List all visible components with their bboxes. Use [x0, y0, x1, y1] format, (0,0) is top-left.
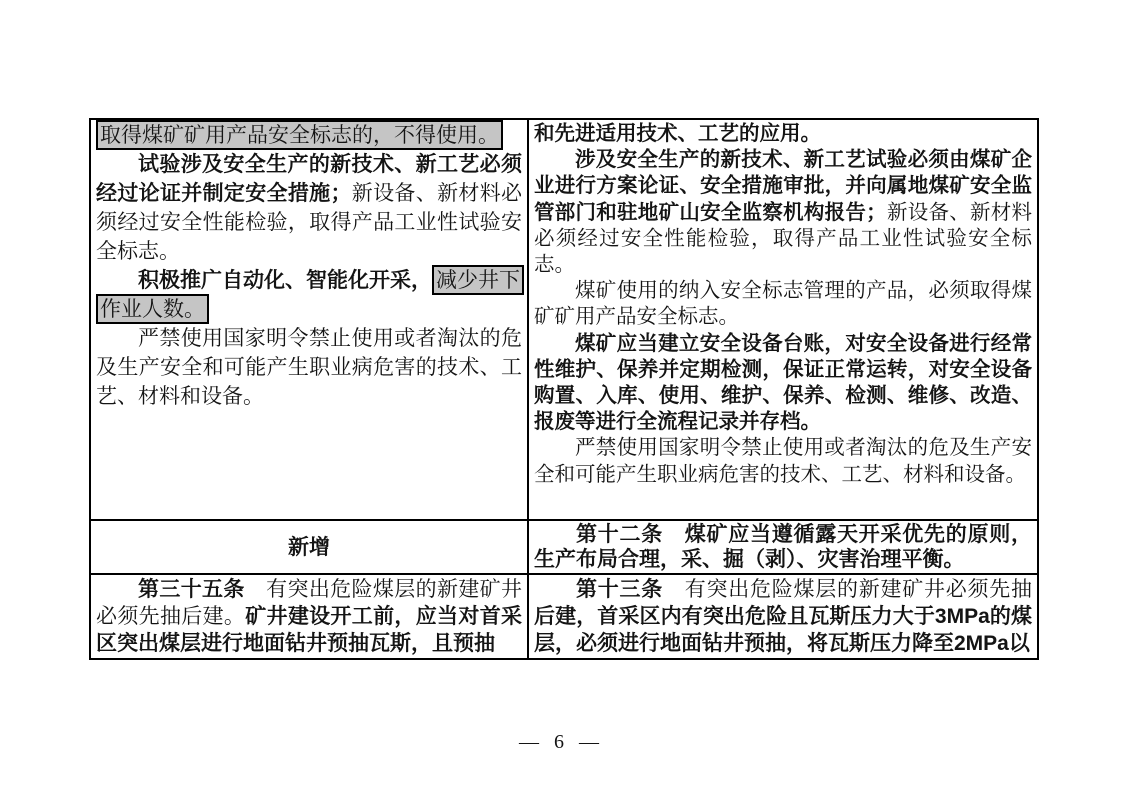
text-run: 和先进适用技术、工艺的应用。 [534, 122, 821, 145]
text-run: 第十二条 煤矿应当遵循露天开采优先的原则，生产布局合理，采、掘（剥）、灾害治理平… [534, 523, 1032, 571]
table-row: 新增 第十二条 煤矿应当遵循露天开采优先的原则，生产布局合理，采、掘（剥）、灾害… [90, 520, 1038, 574]
table-row: 第三十五条 有突出危险煤层的新建矿井必须先抽后建。矿井建设开工前，应当对首采区突… [90, 574, 1038, 659]
new-version-cell: 和先进适用技术、工艺的应用。涉及安全生产的新技术、新工艺试验必须由煤矿企业进行方… [528, 119, 1038, 520]
paragraph: 第十二条 煤矿应当遵循露天开采优先的原则，生产布局合理，采、掘（剥）、灾害治理平… [534, 522, 1032, 572]
paragraph: 新增 [96, 535, 522, 560]
text-run: 新增 [288, 536, 330, 559]
text-run: 煤矿使用的纳入安全标志管理的产品，必须取得煤矿矿用产品安全标志。 [534, 280, 1032, 328]
regulation-comparison-table: 取得煤矿矿用产品安全标志的，不得使用。试验涉及安全生产的新技术、新工艺必须经过论… [89, 118, 1039, 660]
text-run: 第十三条 [576, 578, 663, 601]
paragraph: 取得煤矿矿用产品安全标志的，不得使用。 [96, 121, 522, 150]
page-number: — 6 — [0, 731, 1123, 754]
paragraph: 第三十五条 有突出危险煤层的新建矿井必须先抽后建。矿井建设开工前，应当对首采区突… [96, 576, 522, 657]
text-run: 有突出危险煤层的新建矿井必须先抽 [663, 577, 1032, 601]
paragraph: 煤矿应当建立安全设备台账，对安全设备进行经常性维护、保养并定期检测，保证正常运转… [534, 331, 1032, 436]
paragraph: 煤矿使用的纳入安全标志管理的产品，必须取得煤矿矿用产品安全标志。 [534, 278, 1032, 330]
paragraph: 和先进适用技术、工艺的应用。 [534, 121, 1032, 147]
text-run: 严禁使用国家明令禁止使用或者淘汰的危及生产安全和可能产生职业病危害的技术、工艺、… [96, 326, 522, 408]
old-version-cell: 第三十五条 有突出危险煤层的新建矿井必须先抽后建。矿井建设开工前，应当对首采区突… [90, 574, 528, 659]
paragraph: 涉及安全生产的新技术、新工艺试验必须由煤矿企业进行方案论证、安全措施审批，并向属… [534, 147, 1032, 278]
new-version-cell: 第十三条 有突出危险煤层的新建矿井必须先抽后建，首采区内有突出危险且瓦斯压力大于… [528, 574, 1038, 659]
text-run: 后建，首采区内有突出危险且瓦斯压力大于3MPa的煤层，必须进行地面钻井预抽，将瓦… [534, 605, 1032, 655]
text-run: 第三十五条 [138, 578, 245, 601]
paragraph: 积极推广自动化、智能化开采，减少井下作业人数。 [96, 266, 522, 324]
paragraph: 严禁使用国家明令禁止使用或者淘汰的危及生产安全和可能产生职业病危害的技术、工艺、… [96, 324, 522, 411]
new-version-cell: 第十二条 煤矿应当遵循露天开采优先的原则，生产布局合理，采、掘（剥）、灾害治理平… [528, 520, 1038, 574]
text-run: 严禁使用国家明令禁止使用或者淘汰的危及生产安全和可能产生职业病危害的技术、工艺、… [534, 437, 1032, 485]
paragraph: 试验涉及安全生产的新技术、新工艺必须经过论证并制定安全措施；新设备、新材料必须经… [96, 150, 522, 266]
highlighted-text-run: 取得煤矿矿用产品安全标志的，不得使用。 [96, 120, 503, 150]
paragraph: 严禁使用国家明令禁止使用或者淘汰的危及生产安全和可能产生职业病危害的技术、工艺、… [534, 435, 1032, 487]
old-version-cell: 新增 [90, 520, 528, 574]
text-run: 积极推广自动化、智能化开采， [138, 269, 432, 292]
document-page: 取得煤矿矿用产品安全标志的，不得使用。试验涉及安全生产的新技术、新工艺必须经过论… [0, 0, 1123, 794]
old-version-cell: 取得煤矿矿用产品安全标志的，不得使用。试验涉及安全生产的新技术、新工艺必须经过论… [90, 119, 528, 520]
text-run: 煤矿应当建立安全设备台账，对安全设备进行经常性维护、保养并定期检测，保证正常运转… [534, 332, 1032, 434]
table-row: 取得煤矿矿用产品安全标志的，不得使用。试验涉及安全生产的新技术、新工艺必须经过论… [90, 119, 1038, 520]
paragraph: 第十三条 有突出危险煤层的新建矿井必须先抽后建，首采区内有突出危险且瓦斯压力大于… [534, 576, 1032, 657]
